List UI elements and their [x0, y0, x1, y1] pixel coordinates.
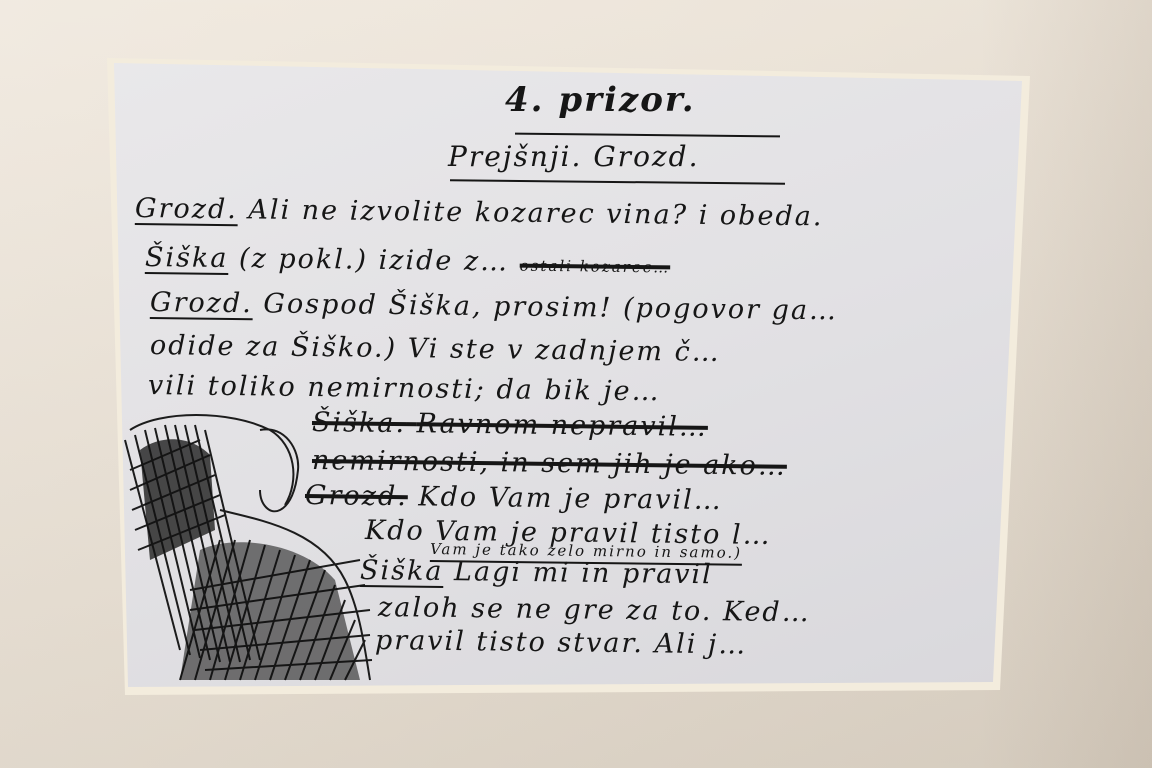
ink-sketch-portrait: [120, 410, 380, 685]
